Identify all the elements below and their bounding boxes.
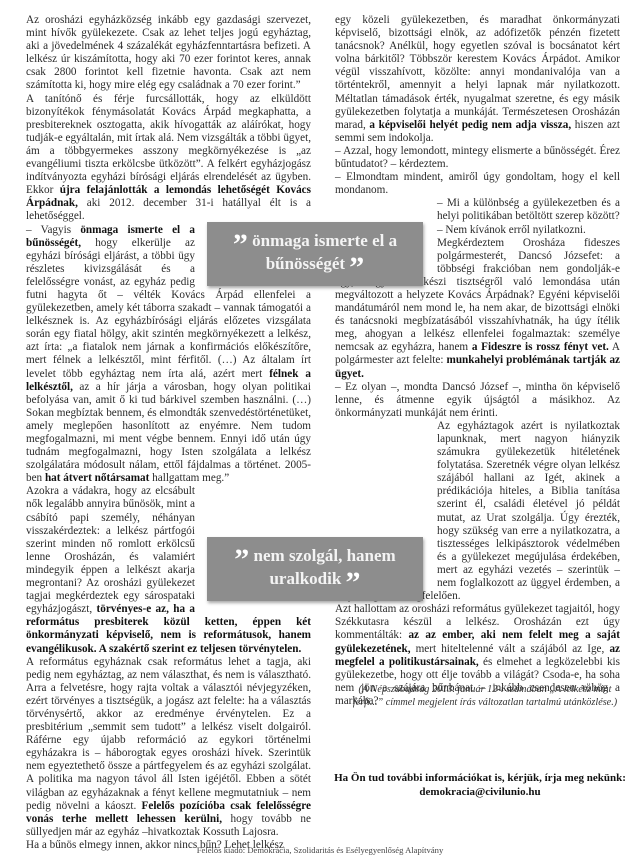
text-run: A református egyháznak csak református l… <box>26 656 311 812</box>
article-paragraph: – Azzal, hogy lemondott, mintegy elismer… <box>335 145 620 171</box>
text-run: – Elmondtam mindent, amiről úgy gondolta… <box>335 171 620 196</box>
pull-quote-1: ” önmaga ismerte el a bűnösségét ” <box>207 222 423 286</box>
pull-quote-2: ” nem szolgál, hanem uralkodik ” <box>207 537 423 601</box>
source-note: (A Népszabadság 2013. január 12-i számáb… <box>350 683 620 709</box>
article-paragraph: Az orosházi egyházközség inkább egy gazd… <box>26 14 311 93</box>
text-run: Azokra a vádakra, hogy az elcsábult nők … <box>26 485 195 615</box>
article-paragraph: A tanítónő és férje furcsállották, hogy … <box>26 93 311 224</box>
quote-close-icon: ” <box>346 566 361 599</box>
text-run: – Mi a különbség a gyülekezetben és a he… <box>437 197 620 222</box>
article-paragraph: – Ez olyan –, mondta Dancsó József –, mi… <box>335 381 620 420</box>
contact-box: Ha Ön tud további információkat is, kérj… <box>330 771 630 799</box>
emphasized-text: hat átvert nőtársamat <box>45 472 149 484</box>
article-paragraph: A református egyháznak csak református l… <box>26 656 311 839</box>
contact-email-link[interactable]: demokracia@civilunio.hu <box>419 786 540 798</box>
text-run: hallgattam meg.” <box>149 472 229 484</box>
article-paragraph: – Elmondtam mindent, amiről úgy gondolta… <box>335 171 620 197</box>
pull-quote-2-text: nem szolgál, hanem uralkodik <box>254 546 396 588</box>
text-run: Az orosházi egyházközség inkább egy gazd… <box>26 14 311 91</box>
text-run: az a hír járja a városban, hogy olyan po… <box>26 381 311 485</box>
quote-close-icon: ” <box>349 251 364 284</box>
article-paragraph: egy közeli gyülekezetben, és maradhat ön… <box>335 14 620 145</box>
publisher-footer: Felelős kiadó: Demokrácia, Szolidaritás … <box>0 845 640 855</box>
article-left-column: Az orosházi egyházközség inkább egy gazd… <box>26 14 311 852</box>
text-run: – Azzal, hogy lemondott, mintegy elismer… <box>335 145 620 170</box>
text-run: – Vagyis <box>26 224 80 236</box>
text-run: – Ez olyan –, mondta Dancsó József –, mi… <box>335 381 620 419</box>
text-run: egy közeli gyülekezetben, és maradhat ön… <box>335 14 620 131</box>
text-run: – Nem kívánok erről nyilatkozni. <box>437 224 586 236</box>
text-run: A tanítónő és férje furcsállották, hogy … <box>26 93 311 197</box>
quote-open-icon: ” <box>234 543 249 576</box>
emphasized-text: a Fideszre is rossz fényt vet. <box>472 341 609 353</box>
newspaper-page: Az orosházi egyházközség inkább egy gazd… <box>0 0 640 864</box>
quote-open-icon: ” <box>233 228 248 261</box>
text-run: mert hiteltelenné vált a szájából az Ige… <box>411 643 610 655</box>
contact-prompt: Ha Ön tud további információkat is, kérj… <box>330 771 630 785</box>
article-right-column: egy közeli gyülekezetben, és maradhat ön… <box>335 14 620 708</box>
emphasized-text: a képviselői helyét pedig nem adja vissz… <box>369 119 571 131</box>
pull-quote-1-text: önmaga ismerte el a bűnösségét <box>252 231 397 273</box>
